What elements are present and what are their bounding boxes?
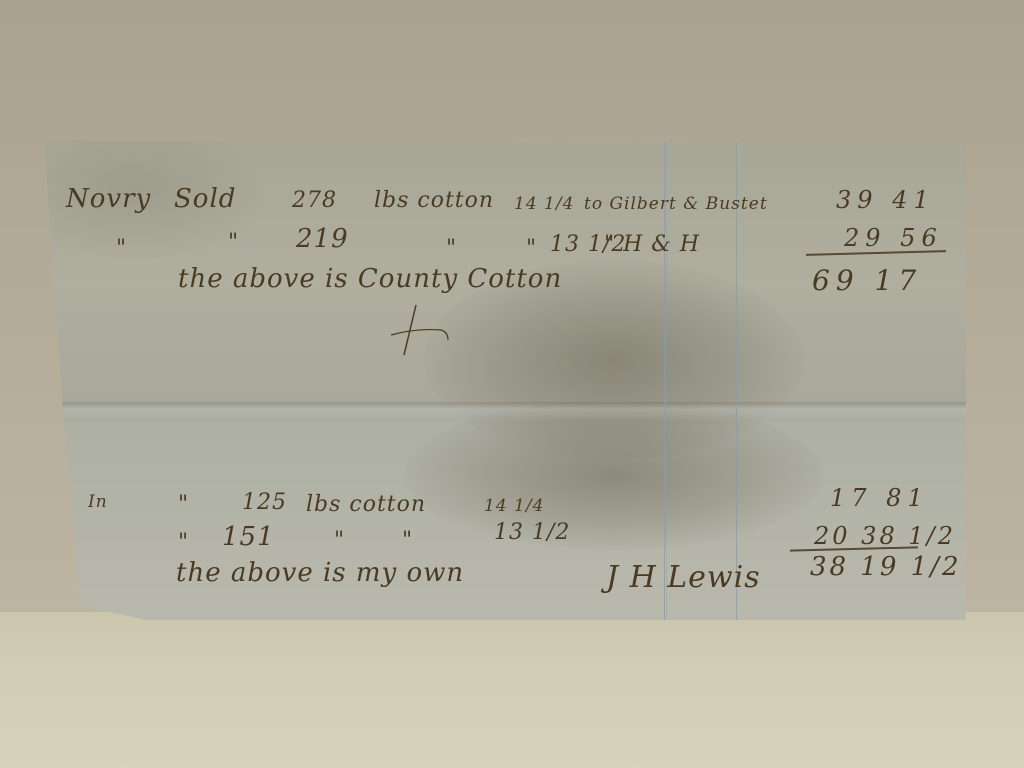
buyer: " H & H — [604, 232, 700, 257]
quantity: 151 — [222, 522, 275, 552]
sold-text: Sold — [174, 184, 236, 214]
ditto-mark: " — [178, 530, 189, 555]
fold-crease — [44, 402, 966, 420]
note: the above is County Cotton — [178, 264, 562, 294]
ditto-mark: " — [402, 528, 413, 553]
line-label: Novry — [66, 184, 151, 214]
table-surface — [0, 612, 1024, 768]
rate: 13 1/2 — [494, 520, 570, 545]
rate: 14 1/4 — [514, 194, 574, 214]
total: 38 19 1/2 — [810, 552, 962, 582]
receipt-paper: Novry Sold 278 lbs cotton 14 1/4 to Gilb… — [44, 140, 966, 620]
ditto-mark: " — [446, 236, 457, 261]
sum-line — [806, 250, 946, 256]
amount: 17 81 — [830, 484, 929, 512]
buyer: to Gilbert & Bustet — [584, 194, 768, 214]
total: 69 17 — [812, 264, 922, 297]
rate: 14 1/4 — [484, 496, 544, 516]
ditto-mark: " — [526, 236, 537, 261]
unit: lbs cotton — [374, 188, 494, 213]
water-stain — [404, 400, 824, 550]
amount: 39 41 — [836, 186, 935, 214]
quantity: 219 — [296, 224, 349, 254]
quantity: 278 — [292, 188, 337, 213]
amount: 20 38 1/2 — [814, 522, 956, 550]
quantity: 125 — [242, 490, 287, 515]
signature: J H Lewis — [606, 560, 761, 595]
ditto-mark: " — [228, 230, 239, 255]
ditto-mark: " — [116, 236, 127, 261]
cross-mark — [386, 300, 456, 360]
ditto-mark: " — [334, 528, 345, 553]
amount: 29 56 — [844, 224, 943, 252]
note: the above is my own — [176, 558, 464, 588]
unit: lbs cotton — [306, 492, 426, 517]
ditto-mark: " — [178, 492, 189, 517]
line-label: In — [88, 492, 108, 512]
